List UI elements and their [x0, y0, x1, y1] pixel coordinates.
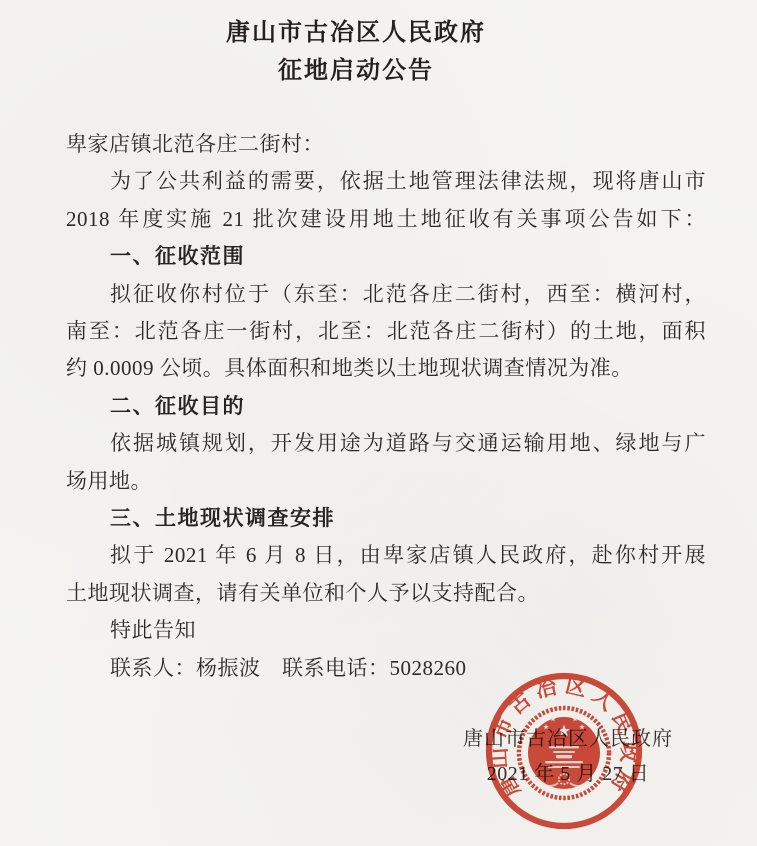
official-red-seal: 唐山市古冶区人民政府: [482, 669, 646, 833]
body-line: 拟征收你村位于（东至：北范各庄二街村，西至：横河村，: [66, 276, 706, 313]
section-heading-3: 三、土地现状调查安排: [66, 500, 706, 537]
body-line: 2018 年度实施 21 批次建设用地土地征收有关事项公告如下：: [66, 201, 706, 238]
body-line: 场用地。: [66, 463, 706, 500]
scanned-document-page: 唐山市古冶区人民政府 征地启动公告 卑家店镇北范各庄二街村： 为了公共利益的需要…: [0, 0, 757, 846]
section-heading-1: 一、征收范围: [66, 238, 706, 275]
closing-line: 特此告知: [66, 612, 706, 649]
document-title-line2: 征地启动公告: [0, 52, 712, 90]
national-emblem-icon: [519, 708, 609, 798]
body-line: 南至：北范各庄一街村，北至：北范各庄二街村）的土地，面积: [66, 313, 706, 350]
body-line: 依据城镇规划，开发用途为道路与交通运输用地、绿地与广: [66, 425, 706, 462]
document-body: 卑家店镇北范各庄二街村： 为了公共利益的需要，依据土地管理法律法规，现将唐山市 …: [66, 126, 706, 687]
body-line: 拟于 2021 年 6 月 8 日，由卑家店镇人民政府，赴你村开展: [66, 537, 706, 574]
document-title: 唐山市古冶区人民政府 征地启动公告: [0, 14, 712, 90]
document-title-line1: 唐山市古冶区人民政府: [0, 14, 712, 52]
body-line: 为了公共利益的需要，依据土地管理法律法规，现将唐山市: [66, 163, 706, 200]
body-line: 约 0.0009 公顷。具体面积和地类以土地现状调查情况为准。: [66, 350, 706, 387]
salutation-line: 卑家店镇北范各庄二街村：: [66, 126, 706, 163]
section-heading-2: 二、征收目的: [66, 388, 706, 425]
body-line: 土地现状调查，请有关单位和个人予以支持配合。: [66, 575, 706, 612]
